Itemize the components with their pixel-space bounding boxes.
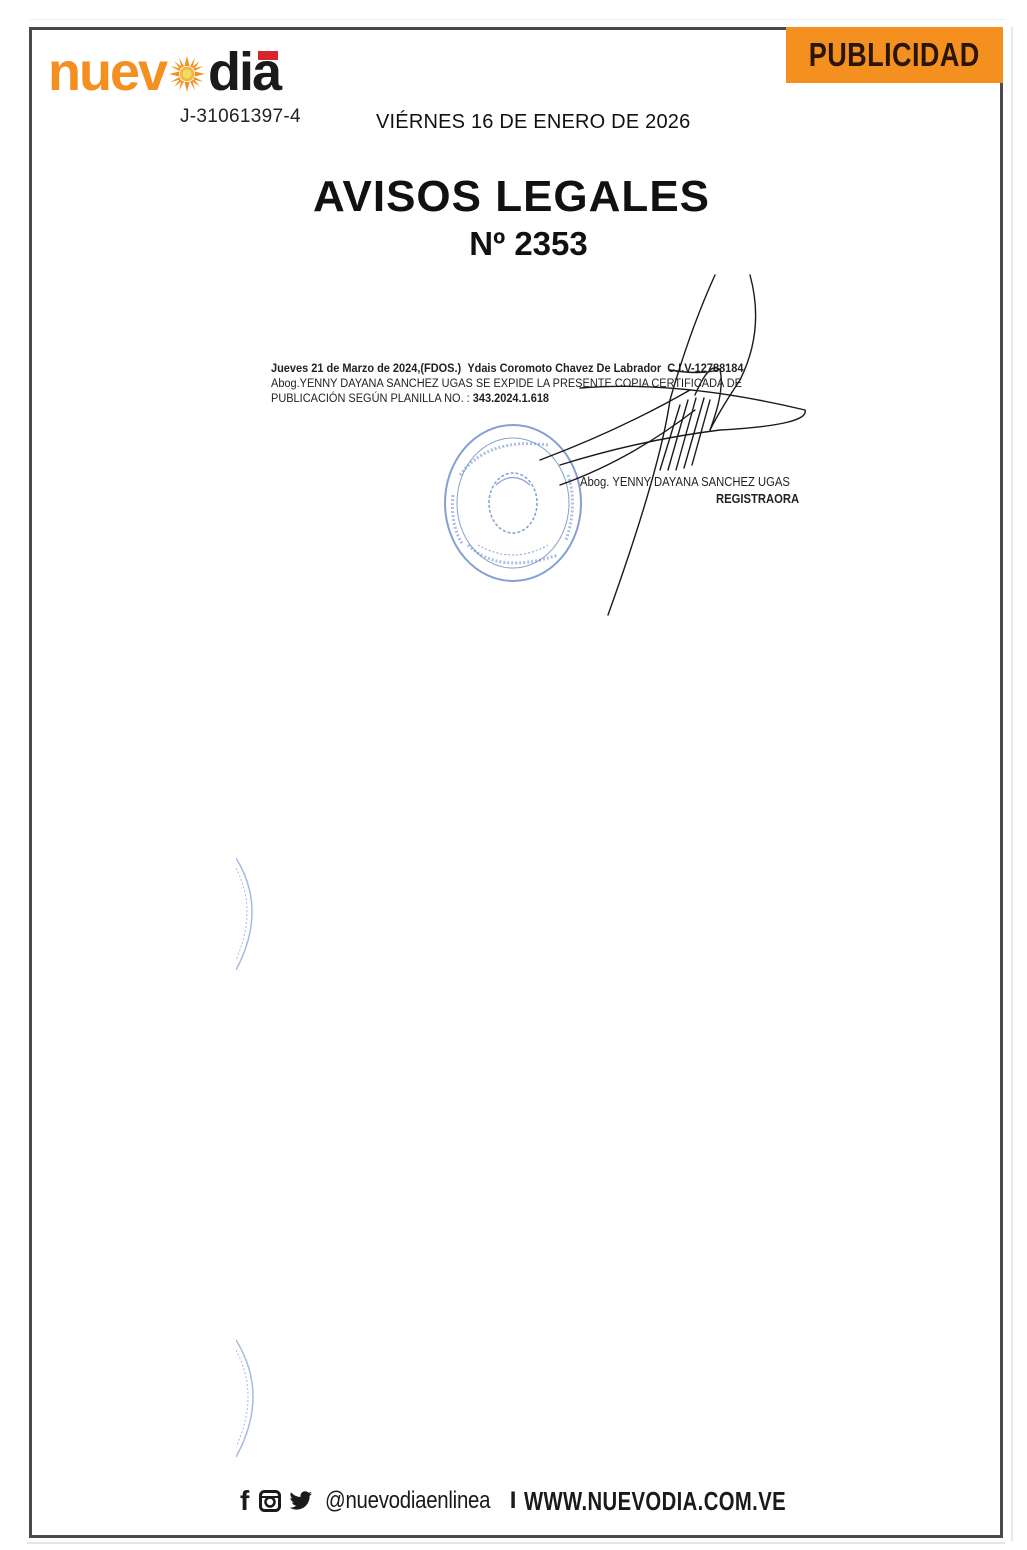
page-edge-top xyxy=(29,19,1005,20)
notice-date: Jueves 21 de Marzo de 2024,(FDOS.) xyxy=(271,361,461,375)
website-link[interactable]: WWW.NUEVODIA.COM.VE xyxy=(524,1486,786,1517)
nuevodia-logo: nuev xyxy=(48,43,280,99)
section-tab-publicidad: PUBLICIDAD xyxy=(786,27,1003,83)
notice-planilla-label: PUBLICACIÓN SEGÚN PLANILLA NO. : xyxy=(271,391,470,405)
instagram-icon[interactable] xyxy=(259,1490,281,1512)
handwritten-signature xyxy=(520,270,820,620)
footer-social: f @nuevodiaenlinea I WWW.NUEVODIA.COM.VE xyxy=(240,1483,860,1519)
twitter-icon[interactable] xyxy=(289,1491,313,1511)
page-title: AVISOS LEGALES xyxy=(0,172,1025,222)
footer-separator: I xyxy=(510,1487,517,1515)
logo-accent-bar xyxy=(258,51,278,60)
issue-date: VIÉRNES 16 DE ENERO DE 2026 xyxy=(376,111,690,134)
section-tab-label: PUBLICIDAD xyxy=(809,36,980,74)
partial-seal-stamp xyxy=(236,1335,268,1460)
rif-number: J-31061397-4 xyxy=(180,106,301,128)
sun-icon xyxy=(167,54,207,94)
social-handle[interactable]: @nuevodiaenlinea xyxy=(325,1487,490,1515)
notice-number: Nº 2353 xyxy=(15,225,1027,263)
logo-text-dia: dia xyxy=(208,45,280,99)
partial-seal-stamp xyxy=(236,850,266,975)
logo-text-nuev: nuev xyxy=(48,45,166,99)
page-edge-bottom xyxy=(27,1542,1005,1544)
facebook-icon[interactable]: f xyxy=(240,1485,249,1517)
